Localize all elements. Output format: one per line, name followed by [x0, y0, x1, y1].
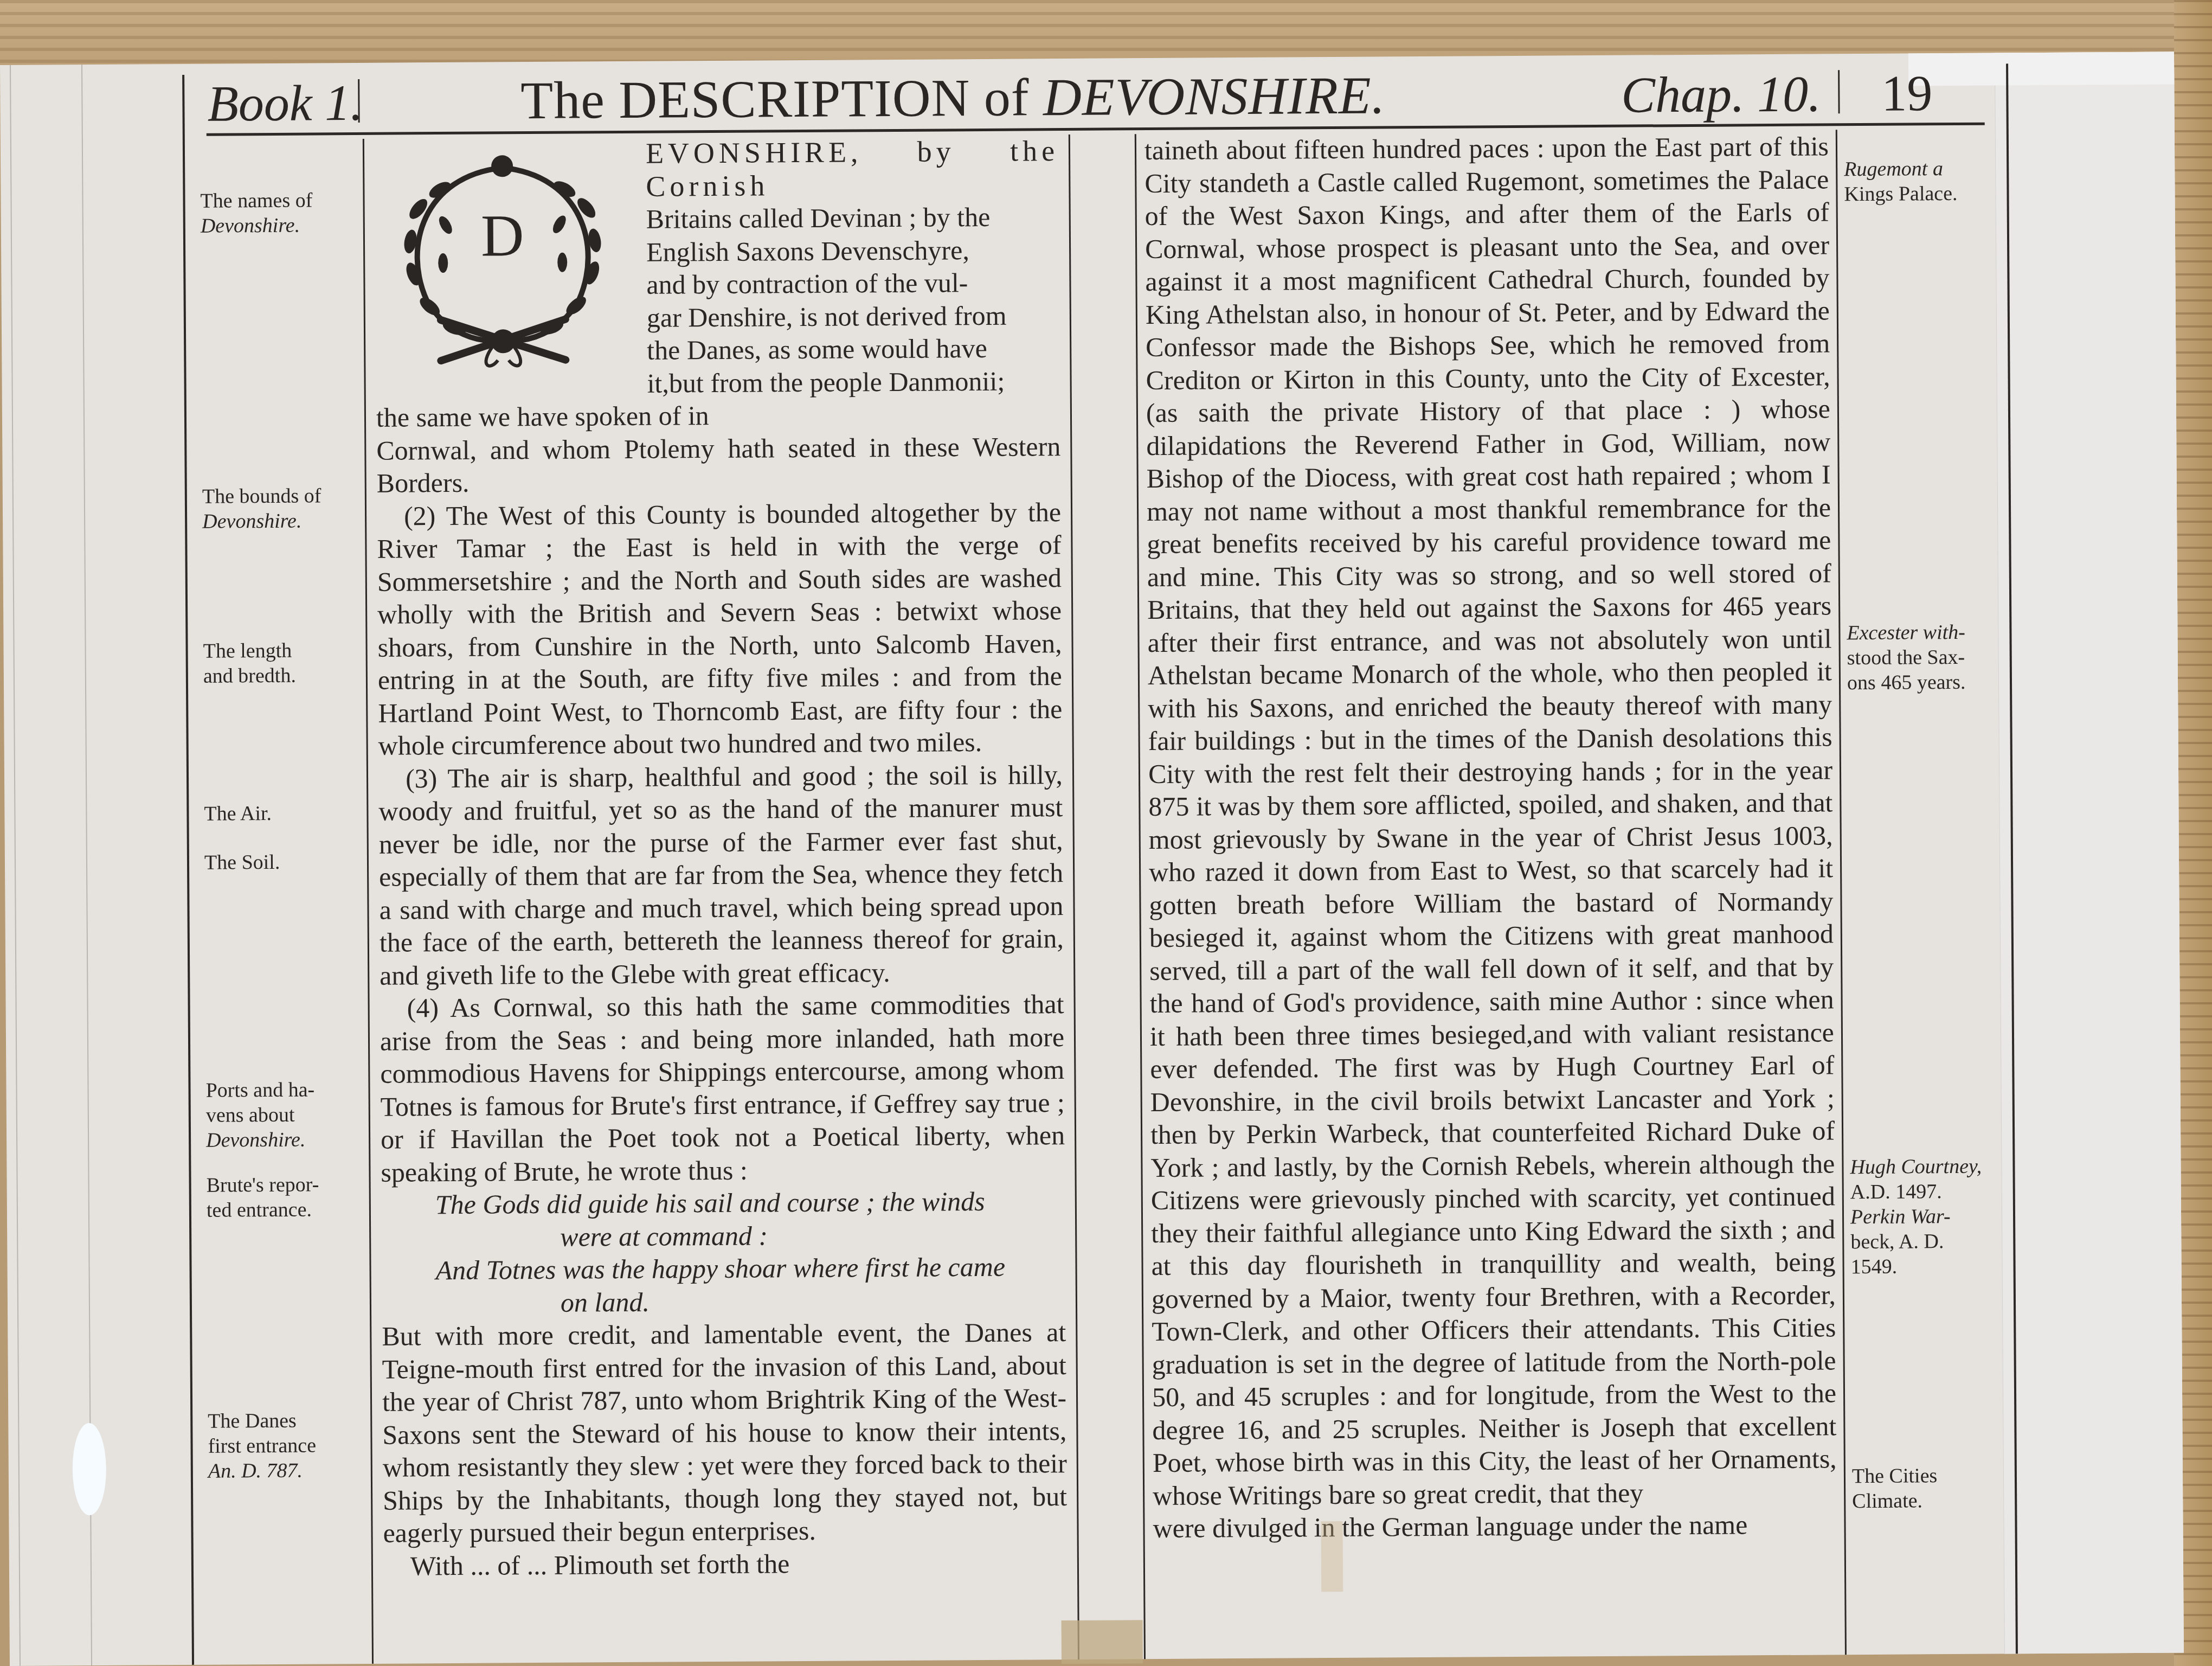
title-prefix: The DESCRIPTION of: [520, 68, 1043, 130]
paragraph-3-air: (3) The air is sharp, healthful and good…: [378, 758, 1064, 992]
drop-cap: D: [375, 137, 631, 372]
margin-note-air: The Air.: [204, 801, 272, 826]
right-margin-rule: [1836, 130, 1847, 1655]
margin-note-rugemont: Rugemont a Kings Palace.: [1844, 156, 1958, 207]
note-line: beck, A. D.: [1850, 1229, 1982, 1254]
verse-line: were at command :: [435, 1218, 1065, 1254]
margin-note-courtney: Hugh Courtney, A.D. 1497. Perkin War- be…: [1850, 1154, 1982, 1279]
page-title: The DESCRIPTION of DEVONSHIRE.: [520, 65, 1386, 131]
margin-note-names: The names of Devonshire.: [200, 188, 312, 238]
note-line: Devonshire.: [201, 214, 300, 238]
verse-line: The Gods did guide his sail and course ;…: [435, 1184, 1065, 1221]
margin-note-bounds: The bounds of Devonshire.: [202, 483, 321, 534]
note-line: Excester with-: [1847, 621, 1965, 644]
fold-line: [10, 65, 21, 1666]
note-line: The Air.: [204, 801, 272, 826]
margin-note-danes: The Danes first entrance An. D. 787.: [208, 1408, 316, 1483]
note-line: Perkin War-: [1850, 1205, 1951, 1228]
note-line: A.D. 1497.: [1850, 1179, 1982, 1204]
note-line: The length: [203, 638, 295, 664]
chapter-number: Chap. 10.: [1621, 65, 1821, 124]
note-line: Devonshire.: [206, 1129, 306, 1152]
note-line: The Danes: [208, 1408, 316, 1433]
note-line: Hugh Courtney,: [1850, 1155, 1982, 1178]
outer-left-rule: [182, 75, 194, 1665]
partial-line: were divulged in the German language und…: [1153, 1508, 1837, 1545]
header-divider: [1838, 70, 1840, 113]
note-line: stood the Sax-: [1847, 645, 1966, 670]
note-line: 1549.: [1850, 1254, 1982, 1279]
paper-hole: [72, 1423, 106, 1515]
note-line: An. D. 787.: [208, 1459, 303, 1483]
paragraph-5-danes: But with more credit, and lamentable eve…: [382, 1316, 1068, 1549]
paper-stain: [1321, 1521, 1343, 1592]
note-line: and bredth.: [203, 663, 296, 689]
note-line: Devonshire.: [202, 510, 302, 533]
title-county: DEVONSHIRE.: [1043, 66, 1386, 127]
right-text-column: taineth about fifteen hundred paces : up…: [1144, 130, 1837, 1545]
margin-note-excester: Excester with- stood the Sax- ons 465 ye…: [1847, 620, 1965, 695]
margin-note-brute: Brute's repor- ted entrance.: [206, 1172, 319, 1222]
note-line: Ports and ha-: [205, 1077, 314, 1103]
paragraph-1: Cornwal, and whom Ptolemy hath seated in…: [376, 430, 1061, 500]
book-number: Book 1.: [207, 74, 363, 133]
paragraph-2-bounds: (2) The West of this County is bounded a…: [377, 496, 1063, 762]
paragraph-6-partial: With ... of ... Plimouth set forth the: [383, 1546, 1068, 1582]
running-header: Book 1. The DESCRIPTION of DEVONSHIRE. C…: [195, 58, 2012, 134]
margin-note-soil: The Soil.: [204, 850, 280, 875]
note-line: The bounds of: [202, 483, 321, 509]
header-divider: [358, 79, 359, 123]
paragraph-4-ports: (4) As Cornwal, so this hath the same co…: [380, 988, 1065, 1189]
margin-note-ports: Ports and ha- vens about Devonshire.: [205, 1077, 314, 1152]
tape-stain: [1062, 1620, 1143, 1664]
note-line: Rugemont a: [1844, 157, 1943, 181]
margin-note-climate: The Cities Climate.: [1852, 1463, 1938, 1514]
page-number: 19: [1881, 64, 1933, 123]
note-line: first entrance: [208, 1433, 316, 1458]
note-line: Climate.: [1852, 1488, 1938, 1514]
note-line: The names of: [200, 188, 312, 213]
note-line: The Cities: [1852, 1463, 1938, 1489]
verse-quotation: The Gods did guide his sail and course ;…: [381, 1184, 1066, 1320]
note-line: vens about: [206, 1102, 315, 1127]
margin-note-length: The length and bredth.: [203, 638, 296, 689]
note-line: ted entrance.: [207, 1197, 319, 1222]
verse-line: And Totnes was the happy shoar where fir…: [435, 1250, 1065, 1287]
note-line: Brute's repor-: [206, 1172, 319, 1197]
left-column-rule: [1069, 134, 1079, 1659]
verse-line: on land.: [436, 1283, 1066, 1320]
book-page: Book 1. The DESCRIPTION of DEVONSHIRE. C…: [0, 52, 2184, 1666]
exeter-paragraph: taineth about fifteen hundred paces : up…: [1144, 130, 1837, 1512]
right-column-left-rule: [1135, 134, 1146, 1659]
note-line: The Soil.: [204, 850, 280, 875]
text-line: the same we have spoken of in: [376, 397, 1060, 434]
drop-cap-letter: D: [481, 219, 524, 252]
left-margin-rule: [363, 139, 374, 1664]
left-text-column: D EVONSHIRE, by the Cornish Britains cal…: [375, 134, 1068, 1582]
note-line: Kings Palace.: [1844, 181, 1957, 207]
paper-margin-strip: [1995, 52, 2184, 1654]
note-line: ons 465 years.: [1847, 670, 1966, 695]
